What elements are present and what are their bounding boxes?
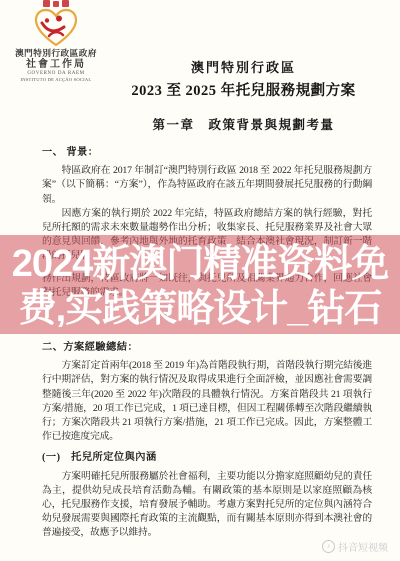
agency-name-pt-line2: INSTITUTO DE ACÇÃO SOCIAL (4, 77, 108, 82)
subsection-heading-positioning: (一) 托兒所定位與內涵 (42, 451, 372, 465)
paragraph: 特區政府在 2017 年制訂“澳門特別行政區 2018 至 2022 年托兒服務… (42, 164, 372, 207)
title-block: 澳門特別行政區 2023 至 2025 年托兒服務規劃方案 第一章 政策背景與規… (95, 57, 392, 133)
spam-overlay-text-line2: 费,实践策略设计_钻石 (0, 287, 400, 332)
music-note-icon: ♪ (322, 540, 335, 553)
section-heading-experience-summary: 二、方案經驗總結： (42, 341, 372, 355)
agency-logo: 澳門特別行政區政府 社會工作局 GOVERNO DA RAEM INSTITUT… (4, 0, 108, 82)
heart-with-figures-icon (33, 8, 79, 48)
red-seal-marks-icon (4, 0, 108, 7)
agency-name-cn-line1: 澳門特別行政區政府 (4, 49, 108, 59)
document-page: 澳門特別行政區政府 社會工作局 GOVERNO DA RAEM INSTITUT… (0, 0, 400, 561)
spam-overlay-text-line1: 2024新澳门精准资料免 (0, 242, 400, 287)
section-heading-background: 一、 背景： (42, 146, 372, 160)
paragraph: 方案訂定首兩年(2018 至 2019 年)為首階段執行期，首階段執行期完結後進… (42, 359, 372, 444)
video-watermark: ♪ 抖音短视频 (322, 539, 388, 554)
document-title-line1: 澳門特別行政區 (95, 57, 392, 76)
watermark-label: 抖音短视频 (338, 539, 388, 554)
agency-name-cn-line2: 社會工作局 (4, 59, 108, 71)
spam-overlay-text: 2024新澳门精准资料免 费,实践策略设计_钻石 (0, 242, 400, 332)
document-title-line2: 2023 至 2025 年托兒服務規劃方案 (95, 79, 392, 100)
document-body: 一、 背景： 特區政府在 2017 年制訂“澳門特別行政區 2018 至 202… (42, 146, 372, 541)
chapter-heading: 第一章 政策背景與規劃考量 (95, 115, 392, 133)
paragraph: 方案明確托兒所服務屬於社會福利，主要功能以分擔家庭照顧幼兒的責任為主，提供幼兒成… (42, 470, 372, 541)
